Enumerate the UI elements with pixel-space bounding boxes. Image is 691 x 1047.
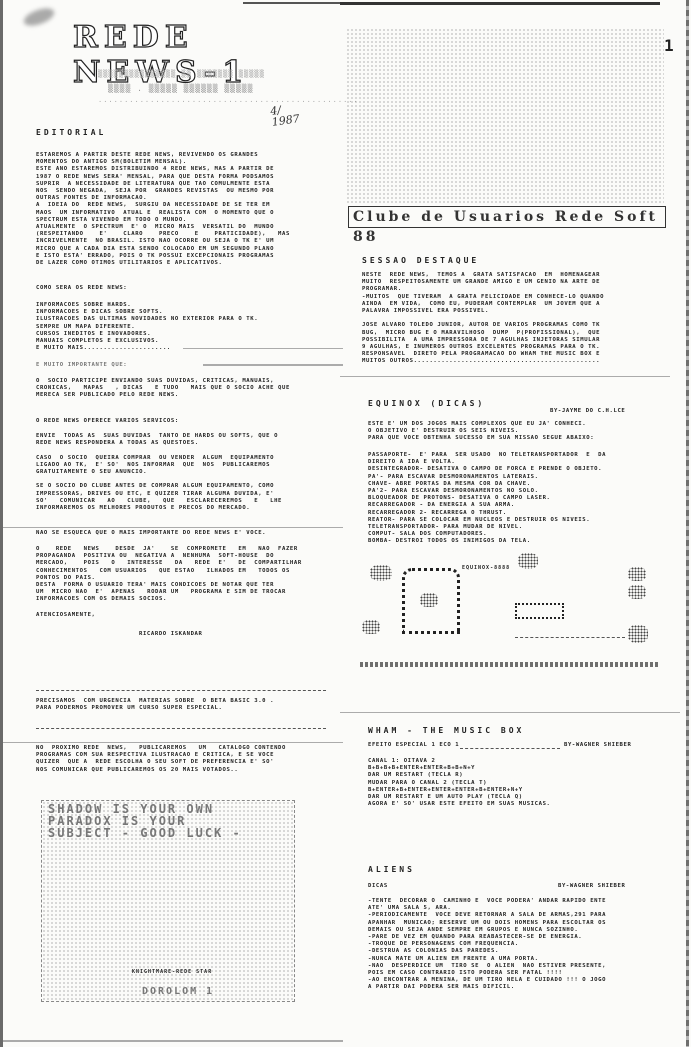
dotted-leader [460, 748, 560, 749]
enemy-sprite [628, 567, 646, 581]
catalogo-notice: NO PROXIMO REDE NEWS, PUBLICAREMOS UM CA… [36, 745, 286, 774]
editorial-intro: ESTAREMOS A PARTIR DESTE REDE NEWS, REVI… [36, 152, 290, 267]
aliens-byline: BY-WAGNER SHIEBER [558, 883, 625, 890]
knightmare-caption: KNIGHTMARE-REDE STAR [132, 969, 212, 975]
masthead-subtitle-3: ········································… [98, 98, 359, 106]
wham-subheading: EFEITO ESPECIAL 1 ECO 1 [368, 742, 459, 749]
servicos-heading: O REDE NEWS OFERECE VARIOS SERVICOS: [36, 418, 179, 425]
smear [3, 742, 343, 743]
masthead-title: REDE NEWS-1 [73, 20, 340, 90]
handwritten-date: 4/ 1987 [270, 102, 301, 128]
elephant-artwork [346, 28, 664, 204]
dotted-divider [36, 728, 326, 729]
ship-sprite [515, 603, 564, 619]
equinox-screenshot: EQUINOX-8888 [350, 565, 670, 680]
participe-text: O SOCIO PARTICIPE ENVIANDO SUAS DUVIDAS,… [36, 378, 290, 400]
servicos-text: ENVIE TODAS AS SUAS DUVIDAS TANTO DE HAR… [36, 433, 282, 512]
enemy-sprite [518, 553, 538, 569]
compromisso-text: O REDE NEWS DESDE JA' SE COMPROMETE EM N… [36, 546, 302, 604]
wham-body: CANAL 1: OITAVA 2 B+B+B+B+ENTER+ENTER+B+… [368, 758, 551, 808]
beta-basic-notice: PRECISAMOS COM URGENCIA MATERIAS SOBRE O… [36, 698, 274, 712]
knightmare-artwork: SHADOW IS YOUR OWN PARADOX IS YOUR SUBJE… [41, 800, 295, 1002]
floor-pattern [360, 662, 660, 667]
smear [183, 348, 343, 349]
equinox-intro: ESTE E' UM DOS JOGOS MAIS COMPLEXOS QUE … [368, 421, 594, 443]
club-banner: Clube de Usuarios Rede Soft 88 [348, 206, 666, 228]
knightmare-top-text: SHADOW IS YOUR OWN PARADOX IS YOUR SUBJE… [48, 803, 242, 839]
como-sera-heading: COMO SERA OS REDE NEWS: [36, 285, 127, 292]
page-number: 1 [664, 36, 675, 55]
dotted-divider [36, 690, 326, 691]
masthead-subtitle-2: ▒▒▒▒ . ▒▒▒▒▒ ▒▒▒▒▒▒ ▒▒▒▒▒ [108, 84, 253, 93]
enemy-sprite [628, 625, 648, 643]
enemy-sprite [370, 565, 392, 581]
top-rule [243, 2, 343, 4]
knightmare-bottom-text: DOROLOM 1 [142, 986, 214, 998]
aliens-body: -TENTE DECORAR O CAMINHO E VOCE PODERA' … [368, 898, 606, 992]
core-sprite [420, 593, 438, 607]
equinox-items: PASSAPORTE- E' PARA SER USADO NO TELETRA… [368, 452, 606, 546]
newsletter-page: REDE NEWS-1 ▒▒▒▒▒▒▒▒▒▒▒▒▒▒▒ ▒▒ ▒▒▒▒▒▒▒ ▒… [0, 0, 691, 1047]
right-border [686, 0, 689, 1047]
enemy-sprite [362, 620, 380, 634]
sessao-destaque-heading: SESSAO DESTAQUE [362, 256, 479, 265]
nao-esqueca-text: NAO SE ESQUECA QUE O MAIS IMPORTANTE DO … [36, 530, 266, 537]
smear [203, 364, 343, 366]
como-sera-list: INFORMACOES SOBRE HARDS. INFORMACOES E D… [36, 302, 258, 352]
masthead-subtitle-1: ▒▒▒▒▒▒▒▒▒▒▒▒▒▒▒ ▒▒ ▒▒▒▒▒▒▒ ▒▒▒▒▒ [98, 70, 265, 78]
enemy-sprite [628, 585, 646, 599]
right-column: 1 Clube de Usuarios Rede Soft 88 SESSAO … [340, 0, 691, 1047]
wham-heading: WHAM - THE MUSIC BOX [368, 726, 524, 735]
equinox-screenshot-label: EQUINOX-8888 [462, 565, 510, 571]
importante-heading: E MUITO IMPORTANTE QUE: [36, 362, 127, 369]
aliens-subheading: DICAS [368, 883, 388, 890]
left-column: REDE NEWS-1 ▒▒▒▒▒▒▒▒▒▒▒▒▒▒▒ ▒▒ ▒▒▒▒▒▒▒ ▒… [0, 0, 340, 1047]
smear [340, 712, 680, 713]
aliens-heading: ALIENS [368, 865, 415, 874]
ascii-art-texture [346, 28, 664, 204]
equinox-heading: EQUINOX (DICAS) [368, 399, 485, 408]
smear [3, 527, 343, 528]
platform [515, 637, 625, 638]
ink-smudge [22, 5, 57, 29]
closing: ATENCIOSAMENTE, [36, 612, 96, 619]
top-rule [340, 2, 660, 5]
wham-byline: BY-WAGNER SHIEBER [564, 742, 631, 749]
equinox-byline: BY-JAYME DO C.H.LCE [550, 408, 625, 415]
signature: RICARDO ISKANDAR [139, 631, 202, 638]
bottom-smear [3, 1040, 343, 1042]
smear [340, 376, 670, 377]
sessao-destaque-body: NESTE REDE NEWS, TEMOS A GRATA SATISFACA… [362, 272, 604, 366]
editorial-heading: EDITORIAL [36, 128, 106, 137]
